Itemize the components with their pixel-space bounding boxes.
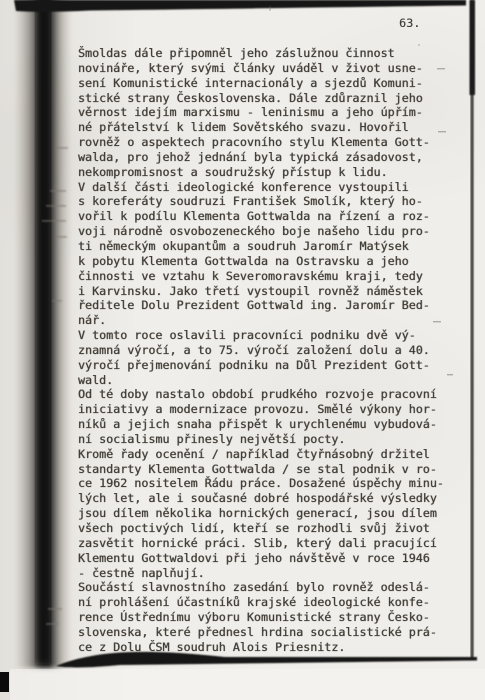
text-line: rovněž o aspektech pracovního stylu Klem… bbox=[78, 135, 460, 150]
text-line: V tomto roce oslavili pracovníci podniku… bbox=[78, 328, 460, 343]
text-line: Součástí slavnostního zasedání bylo rovn… bbox=[78, 580, 460, 595]
text-line: nář. bbox=[78, 313, 460, 328]
typewritten-text: Šmoldas dále připomněl jeho záslužnou či… bbox=[78, 46, 460, 655]
text-line: walda, pro jehož jednání byla typická zá… bbox=[78, 150, 460, 165]
bottom-margin bbox=[10, 669, 485, 700]
text-line: voji národně osvobozeneckého boje našeho… bbox=[78, 224, 460, 239]
text-line: ce z Dolu ČSM soudruh Alois Priesnitz. bbox=[78, 640, 460, 655]
text-line: ní prohlášení účastníků krajské ideologi… bbox=[78, 595, 460, 610]
binding-shadow-core bbox=[36, 0, 50, 664]
text-line: wald. bbox=[78, 373, 460, 388]
text-line: výročí přejmenování podniku na Důl Prezi… bbox=[78, 358, 460, 373]
text-line: věrnost idejím marxismu - leninismu a je… bbox=[78, 105, 460, 120]
text-line: níků a jejich snaha přispět k urychleném… bbox=[78, 417, 460, 432]
margin-marks bbox=[42, 147, 68, 625]
text-line: standarty Klementa Gottwalda / se stal p… bbox=[78, 462, 460, 477]
text-line: sení Komunistické internacionály a sjezd… bbox=[78, 76, 460, 91]
text-line: Od té doby nastalo období prudkého rozvo… bbox=[78, 387, 460, 402]
text-line: nekompromisnost a soudružský přístup k l… bbox=[78, 165, 460, 180]
binding-shadow bbox=[14, 0, 72, 668]
text-line: činnosti ve vztahu k Severomoravskému kr… bbox=[78, 269, 460, 284]
scan-corner-block bbox=[0, 672, 9, 692]
text-line: slovenska, které přednesl hrdina sociali… bbox=[78, 625, 460, 640]
text-line: rence Ústřednímu výboru Komunistické str… bbox=[78, 610, 460, 625]
text-line: Šmoldas dále připomněl jeho záslužnou či… bbox=[78, 46, 460, 61]
text-line: vořil k podílu Klementa Gottwalda na říz… bbox=[78, 209, 460, 224]
right-edge-top bbox=[470, 0, 476, 95]
text-line: s koreferáty soudruzi František Smolík, … bbox=[78, 194, 460, 209]
text-line: Klementu Gottwaldovi při jeho návštěvě v… bbox=[78, 551, 460, 566]
right-edge-line bbox=[471, 0, 474, 659]
text-line: stické strany Československa. Dále zdůra… bbox=[78, 91, 460, 106]
text-line: k pobytu Klementa Gottwalda na Ostravsku… bbox=[78, 254, 460, 269]
top-edge-shadow bbox=[14, 0, 466, 12]
text-line: jsou dílem několika hornických generací,… bbox=[78, 506, 460, 521]
text-line: ředitele Dolu Prezident Gottwald ing. Ja… bbox=[78, 298, 460, 313]
text-line: lých let, ale i současné dobré hospodářs… bbox=[78, 491, 460, 506]
text-line: né přátelství k lidem Sovětského svazu. … bbox=[78, 120, 460, 135]
text-line: ní socialismu přinesly největší pocty. bbox=[78, 432, 460, 447]
text-line: iniciativy a modernizace provozu. Smělé … bbox=[78, 402, 460, 417]
text-line: i Karvinsku. Jako třetí vystoupil rovněž… bbox=[78, 284, 460, 299]
text-line: Kromě řady ocenění / například čtyřnásob… bbox=[78, 447, 460, 462]
text-line: ce 1962 nositelem Řádu práce. Dosažené ú… bbox=[78, 476, 460, 491]
text-line: V další části ideologické konference vys… bbox=[78, 180, 460, 195]
text-line: znamná výročí, a to 75. výročí založení … bbox=[78, 343, 460, 358]
scanned-page: { "scan": { "page_number": "63.", "lines… bbox=[0, 0, 485, 700]
page-number: 63. bbox=[399, 16, 420, 30]
text-line: novináře, který svými články uváděl v ži… bbox=[78, 61, 460, 76]
text-line: všech poctivých lidí, kteří se rozhodli … bbox=[78, 521, 460, 536]
text-line: ti německým okupantům a soudruh Jaromír … bbox=[78, 239, 460, 254]
text-line: - čestně naplňují. bbox=[78, 566, 460, 581]
text-line: zasvětit hornické práci. Slib, který dal… bbox=[78, 536, 460, 551]
